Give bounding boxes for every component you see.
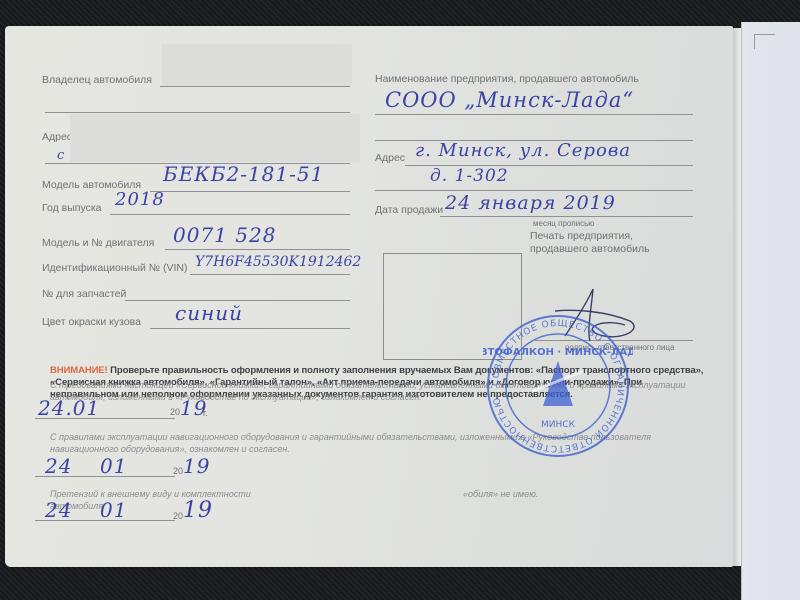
agreement-1-year-prefix: 20 (170, 407, 180, 417)
agreement-3-year-prefix: 20 (173, 511, 183, 521)
agreement-1-day-month: 24.01 (38, 396, 100, 420)
engine-line (165, 249, 350, 250)
seller-value: СООО „Минск-Лада“ (385, 88, 634, 112)
vin-value: Y7H6F45530K1912462 (195, 254, 361, 270)
agreement-2-year-prefix: 20 (173, 466, 183, 476)
engine-label: Модель и № двигателя (42, 237, 154, 249)
sale-date-line (440, 216, 693, 217)
address-prefix: с (57, 148, 65, 163)
color-line (150, 328, 350, 329)
agreement-1-year-letter: г. (203, 408, 208, 418)
page-fold (733, 28, 741, 566)
sale-date-hint: месяц прописью (533, 219, 594, 228)
agreement-2-month: 01 (100, 454, 127, 478)
document-page: Владелец автомобиля Адрес с Модель автом… (5, 26, 733, 567)
color-value: синий (175, 301, 243, 325)
year-line (110, 214, 350, 215)
agreement-3-year-suffix: 19 (183, 498, 213, 523)
address-label: Адрес (42, 131, 72, 143)
vin-line (190, 274, 350, 275)
stamp-label: Печать предприятия, продавшего автомобил… (530, 230, 650, 256)
owner-line (160, 86, 350, 87)
sale-date-value: 24 января 2019 (445, 192, 616, 214)
agreement-3-month: 01 (100, 498, 127, 522)
agreement-2-text: С правилами эксплуатации навигационного … (50, 432, 720, 455)
agreement-1-text: С требованиями настоящей «Сервисной книж… (50, 380, 720, 403)
warning-label: ВНИМАНИЕ! (50, 365, 108, 376)
seller-address-line-2 (375, 190, 693, 191)
seller-address-label: Адрес (375, 152, 405, 164)
agreement-3-day: 24 (45, 498, 72, 522)
color-label: Цвет окраски кузова (42, 316, 141, 328)
owner-label: Владелец автомобиля (42, 74, 152, 86)
year-label: Год выпуска (42, 202, 102, 214)
seller-line (375, 114, 693, 115)
vin-label: Идентификационный № (VIN) (42, 262, 187, 274)
engine-value: 0071 528 (173, 223, 276, 247)
parts-label: № для запчастей (42, 288, 126, 300)
owner-line-2 (45, 112, 350, 113)
address-redaction (70, 114, 360, 162)
model-line (150, 191, 350, 192)
agreement-3-text: Претензий к внешнему виду и комплектност… (50, 489, 300, 512)
agreement-2-year-suffix: 19 (183, 454, 210, 478)
stamp-city: МИНСК (541, 420, 576, 430)
seller-address-line2: д. 1-302 (430, 166, 509, 186)
next-page-corner (754, 34, 775, 49)
next-page-edge (741, 22, 800, 600)
sale-date-label: Дата продажи (375, 204, 443, 216)
agreement-3-text-tail: «обиля» не имею. (463, 489, 538, 501)
agreement-2-date-line (35, 476, 175, 477)
seller-address-line1: г. Минск, ул. Серова (415, 140, 631, 161)
seller-label: Наименование предприятия, продавшего авт… (375, 73, 639, 85)
owner-redaction (162, 44, 352, 86)
model-value: БЕКБ2-181-51 (163, 162, 324, 186)
year-value: 2018 (115, 189, 165, 210)
stamp-box (383, 253, 522, 360)
agreement-2-day: 24 (45, 454, 72, 478)
agreement-1-date-line (35, 418, 175, 419)
signature-scribble (535, 281, 655, 346)
agreement-3-date-line (35, 520, 175, 521)
